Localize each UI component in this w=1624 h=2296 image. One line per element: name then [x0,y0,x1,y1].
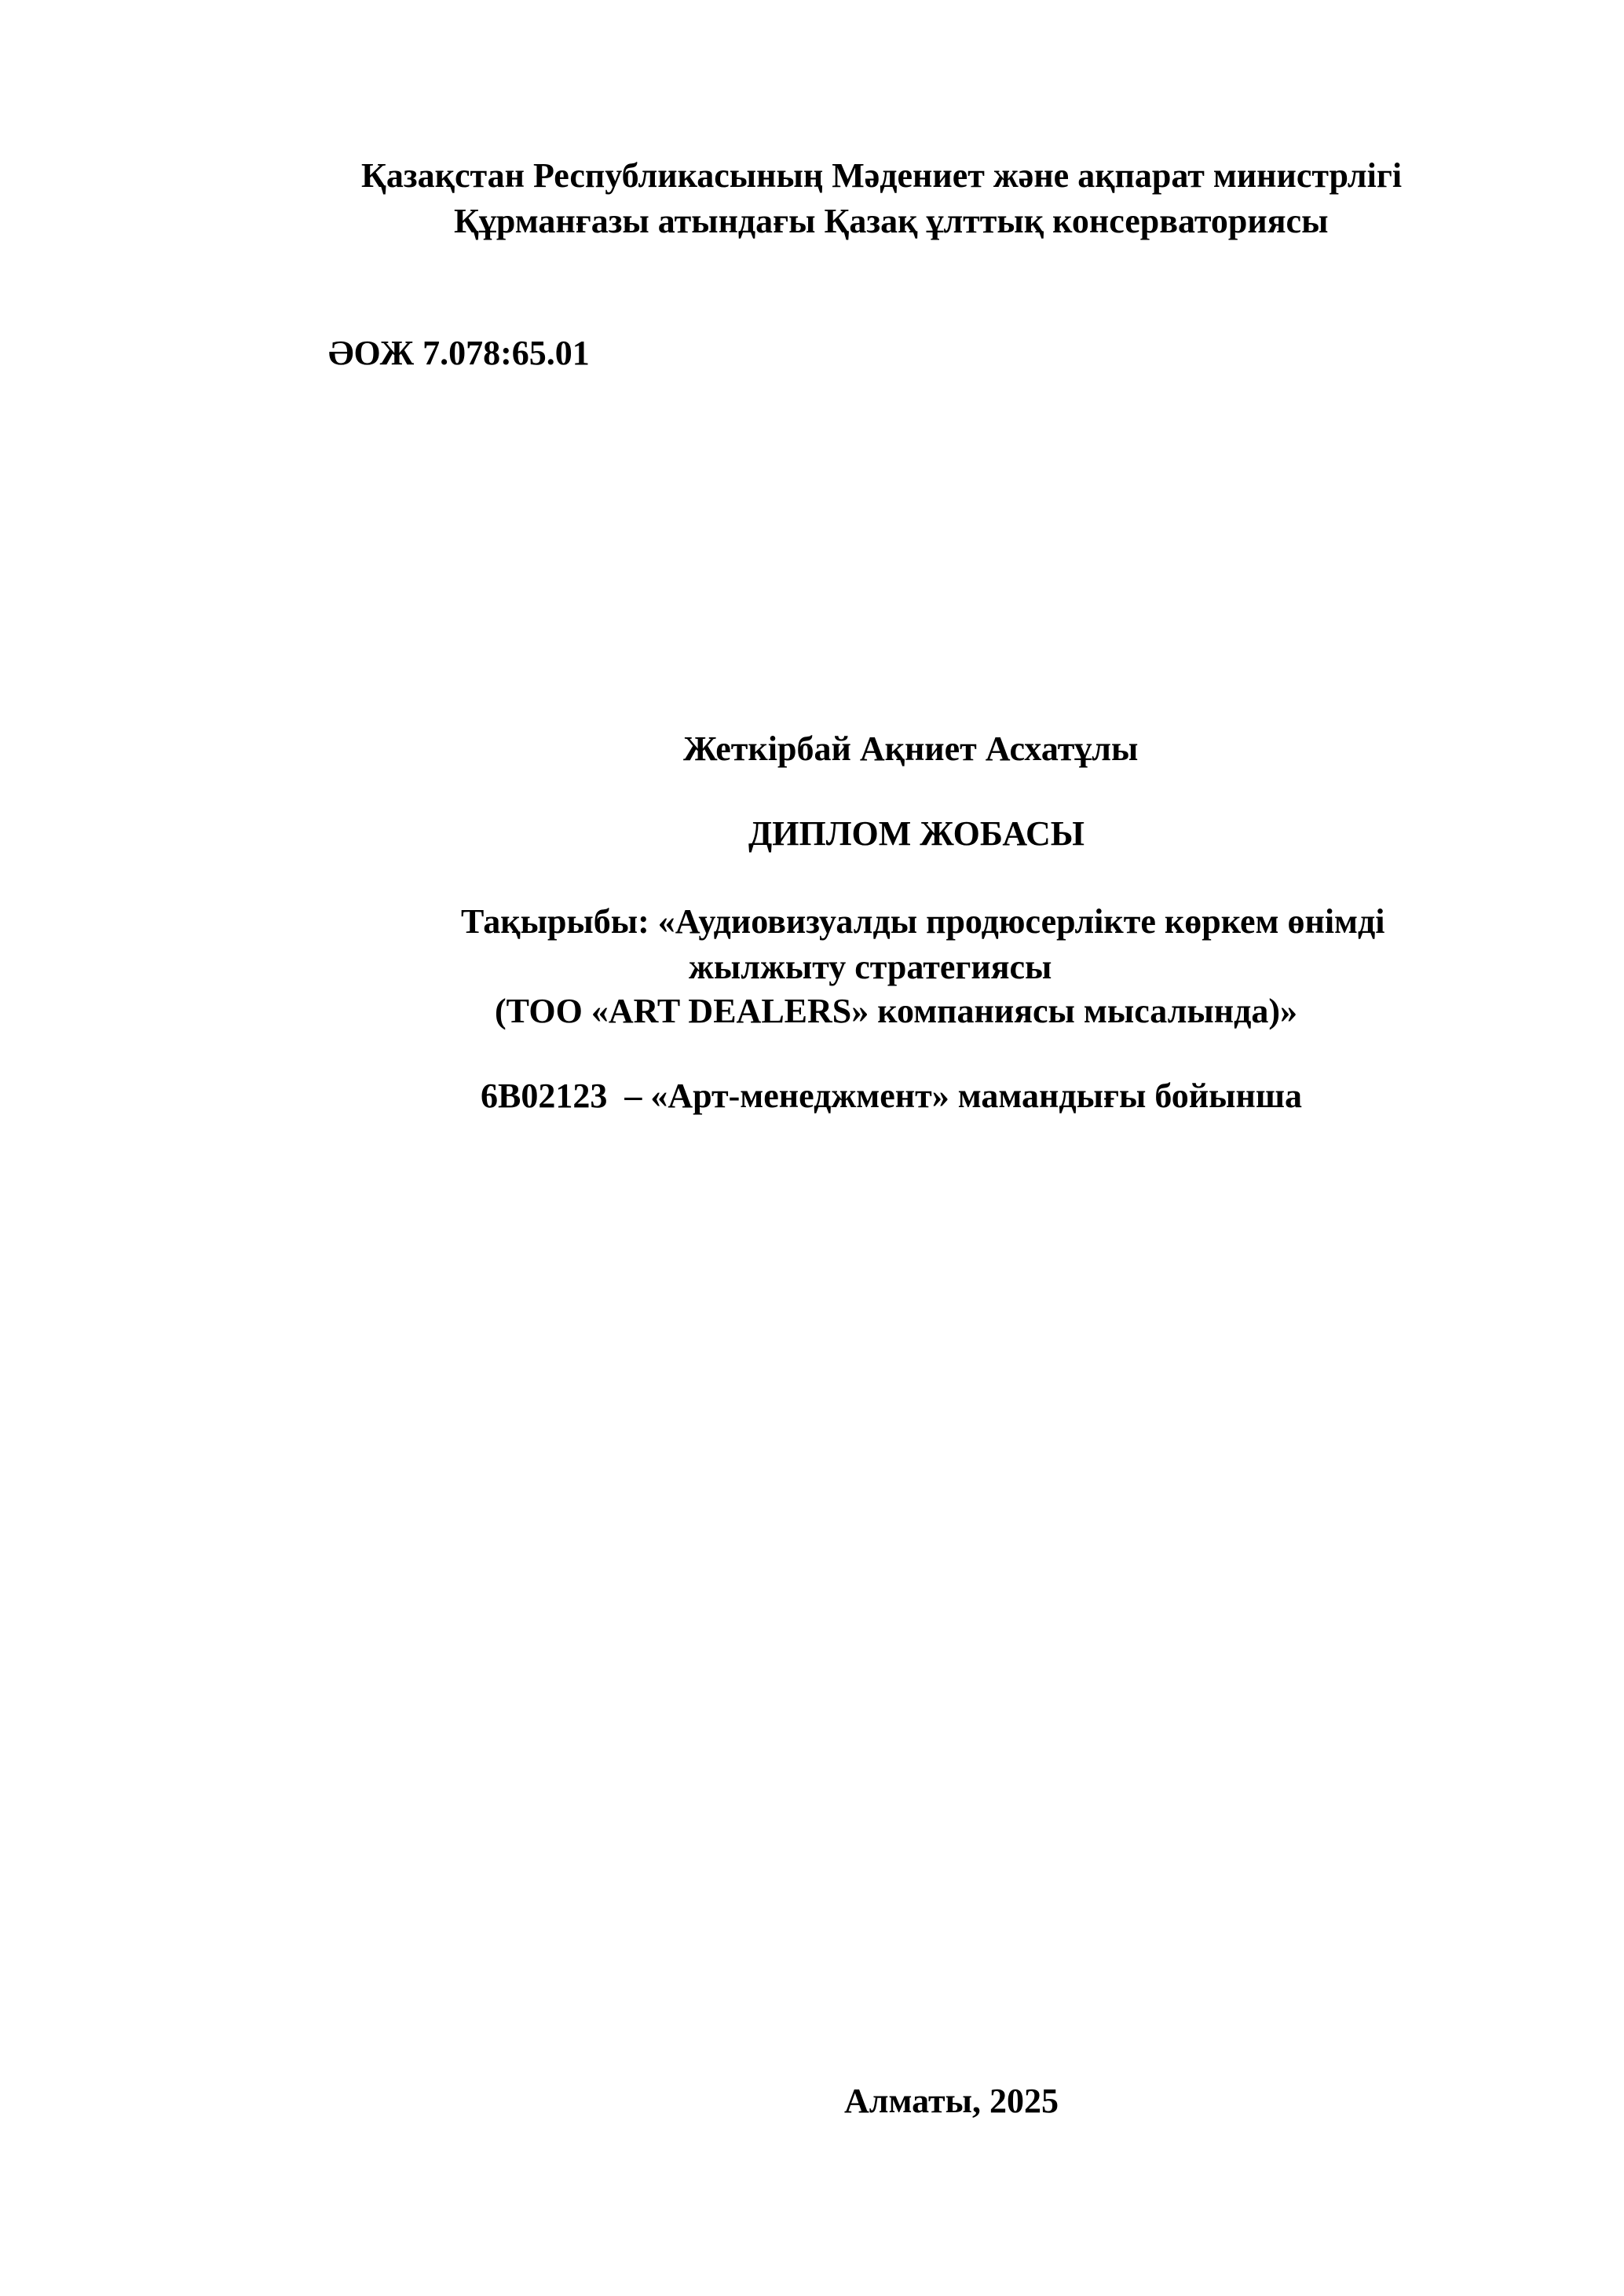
udc-code: ӘОЖ 7.078:65.01 [328,333,590,374]
ministry-name: Қазақстан Республикасының Мәдениет және … [361,155,1402,196]
city-year: Алматы, 2025 [844,2081,1059,2122]
document-type: ДИПЛОМ ЖОБАСЫ [748,813,1084,854]
topic-line-1: Тақырыбы: «Аудиовизуалды продюсерлікте к… [461,901,1385,942]
topic-line-2: жылжыту стратегиясы [689,947,1052,988]
specialty: 6В02123 – «Арт-менеджмент» мамандығы бой… [481,1076,1302,1117]
topic-line-3: (ТОО «ART DEALERS» компаниясы мысалында)… [495,991,1297,1032]
author-name: Жеткірбай Ақниет Асхатұлы [683,729,1138,770]
institution-name: Құрманғазы атындағы Қазақ ұлттық консерв… [454,201,1328,242]
